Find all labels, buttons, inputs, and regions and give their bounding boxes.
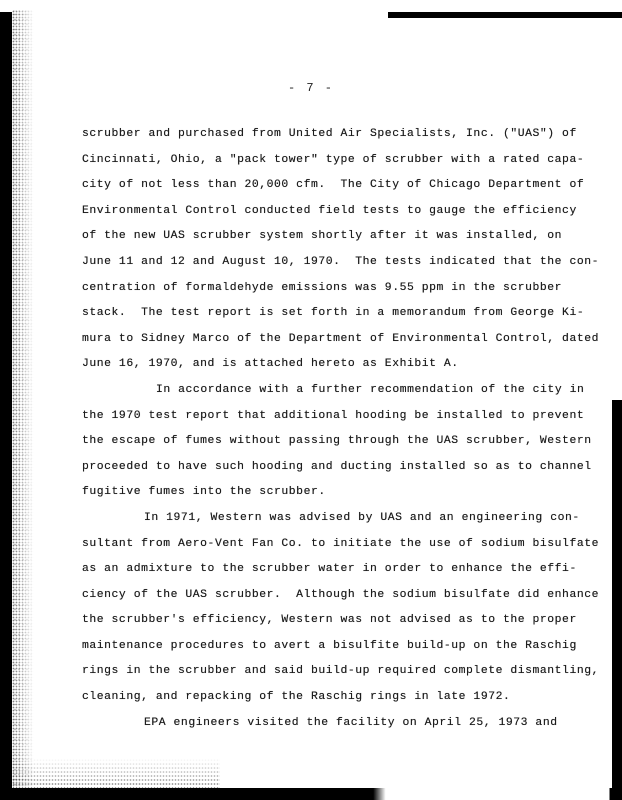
text-line: Environmental Control conducted field te… <box>82 199 592 225</box>
paragraph-first-line: EPA engineers visited the facility on Ap… <box>82 711 592 737</box>
text-line: sultant from Aero-Vent Fan Co. to initia… <box>82 532 592 558</box>
text-line: as an admixture to the scrubber water in… <box>82 557 592 583</box>
text-line: cleaning, and repacking of the Raschig r… <box>82 685 592 711</box>
text-line: ciency of the UAS scrubber. Although the… <box>82 583 592 609</box>
body-text: scrubber and purchased from United Air S… <box>82 122 592 736</box>
text-line: the scrubber's efficiency, Western was n… <box>82 608 592 634</box>
paragraph-first-line: In accordance with a further recommendat… <box>82 378 592 404</box>
text-line: city of not less than 20,000 cfm. The Ci… <box>82 173 592 199</box>
text-line: stack. The test report is set forth in a… <box>82 301 592 327</box>
scan-edge-right <box>612 400 622 800</box>
text-line: of the new UAS scrubber system shortly a… <box>82 224 592 250</box>
text-line: Cincinnati, Ohio, a "pack tower" type of… <box>82 148 592 174</box>
text-line: June 11 and 12 and August 10, 1970. The … <box>82 250 592 276</box>
text-line: proceeded to have such hooding and ducti… <box>82 455 592 481</box>
text-line: scrubber and purchased from United Air S… <box>82 122 592 148</box>
paragraph-first-line: In 1971, Western was advised by UAS and … <box>82 506 592 532</box>
page-number: - 7 - <box>0 81 622 95</box>
text-line: maintenance procedures to avert a bisulf… <box>82 634 592 660</box>
text-line: June 16, 1970, and is attached hereto as… <box>82 352 592 378</box>
scan-noise-left <box>12 10 34 790</box>
text-line: mura to Sidney Marco of the Department o… <box>82 327 592 353</box>
text-line: the 1970 test report that additional hoo… <box>82 404 592 430</box>
text-line: centration of formaldehyde emissions was… <box>82 276 592 302</box>
text-line: fugitive fumes into the scrubber. <box>82 480 592 506</box>
scan-noise-bottom <box>0 758 220 788</box>
text-line: the escape of fumes without passing thro… <box>82 429 592 455</box>
document-page: - 7 - scrubber and purchased from United… <box>0 0 622 800</box>
scan-edge-bottom <box>0 788 622 800</box>
text-line: rings in the scrubber and said build-up … <box>82 659 592 685</box>
scan-edge-top <box>388 12 622 18</box>
scan-edge-left <box>0 12 12 788</box>
